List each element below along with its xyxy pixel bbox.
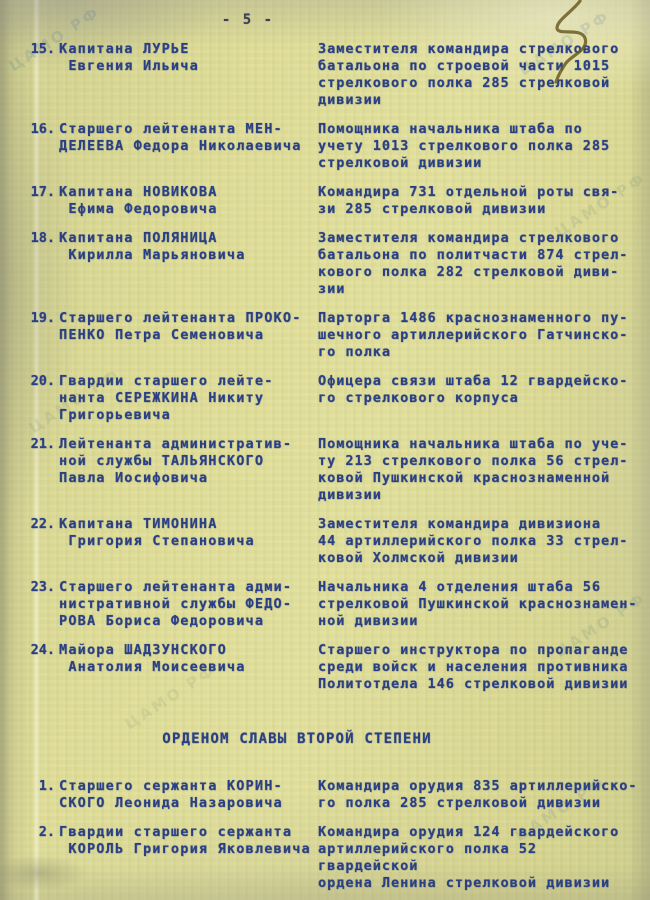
- entry-recipient-name: Старшего лейтенанта МЕН- ДЕЛЕЕВА Федора …: [55, 121, 318, 155]
- entry-position: Заместителя командира дивизиона 44 артил…: [318, 516, 644, 567]
- entry-number: 2.: [30, 824, 55, 841]
- entry-position: Командира орудия 835 артиллерийско- го п…: [318, 778, 644, 812]
- entry-recipient-name: Старшего сержанта КОРИН- СКОГО Леонида Н…: [55, 778, 318, 812]
- entry-number: 19.: [30, 310, 55, 327]
- entry-number: 15.: [30, 41, 55, 58]
- entry-number: 23.: [30, 579, 55, 596]
- award-entry: 19. Старшего лейтенанта ПРОКО- ПЕНКО Пет…: [30, 310, 644, 361]
- award-list-order-of-glory-2nd-class: 1. Старшего сержанта КОРИН- СКОГО Леонид…: [30, 778, 644, 892]
- entry-recipient-name: Старшего лейтенанта адми- нистративной с…: [55, 579, 318, 630]
- entry-position: Командира 731 отдельной роты свя- зи 285…: [318, 184, 644, 218]
- award-entry: 20. Гвардии старшего лейте- нанта СЕРЕЖК…: [30, 373, 644, 424]
- entry-number: 21.: [30, 436, 55, 453]
- entry-number: 1.: [30, 778, 55, 795]
- entry-recipient-name: Гвардии старшего сержанта КОРОЛЬ Григори…: [55, 824, 318, 858]
- award-entry: 23. Старшего лейтенанта адми- нистративн…: [30, 579, 644, 630]
- entry-recipient-name: Капитана ПОЛЯНИЦА Кирилла Марьяновича: [55, 230, 318, 264]
- award-entry: 2. Гвардии старшего сержанта КОРОЛЬ Григ…: [30, 824, 644, 892]
- award-entry: 1. Старшего сержанта КОРИН- СКОГО Леонид…: [30, 778, 644, 812]
- entry-position: Начальника 4 отделения штаба 56 стрелков…: [318, 579, 644, 630]
- entry-position: Офицера связи штаба 12 гвардейско- го ст…: [318, 373, 644, 407]
- award-entry: 17. Капитана НОВИКОВА Ефима Федоровича К…: [30, 184, 644, 218]
- document-body: - 5 - 15. Капитана ЛУРЬЕ Евгения Ильича …: [0, 0, 650, 892]
- entry-recipient-name: Капитана НОВИКОВА Ефима Федоровича: [55, 184, 318, 218]
- section-title: ОРДЕНОМ СЛАВЫ ВТОРОЙ СТЕПЕНИ: [30, 731, 564, 748]
- entry-number: 24.: [30, 642, 55, 659]
- entry-recipient-name: Гвардии старшего лейте- нанта СЕРЕЖКИНА …: [55, 373, 318, 424]
- page-number: - 5 -: [30, 12, 466, 29]
- award-list-continued: 15. Капитана ЛУРЬЕ Евгения Ильича Замест…: [30, 41, 644, 693]
- entry-recipient-name: Лейтенанта административ- ной службы ТАЛ…: [55, 436, 318, 487]
- entry-number: 18.: [30, 230, 55, 247]
- entry-position: Старшего инструктора по пропаганде среди…: [318, 642, 644, 693]
- entry-position: Командира орудия 124 гвардейского артилл…: [318, 824, 644, 892]
- entry-position: Заместителя командира стрелкового баталь…: [318, 230, 644, 298]
- entry-recipient-name: Старшего лейтенанта ПРОКО- ПЕНКО Петра С…: [55, 310, 318, 344]
- entry-number: 22.: [30, 516, 55, 533]
- entry-position: Помощника начальника штаба по уче- ту 21…: [318, 436, 644, 504]
- award-entry: 22. Капитана ТИМОНИНА Григория Степанови…: [30, 516, 644, 567]
- entry-number: 16.: [30, 121, 55, 138]
- award-entry: 21. Лейтенанта административ- ной службы…: [30, 436, 644, 504]
- entry-recipient-name: Капитана ЛУРЬЕ Евгения Ильича: [55, 41, 318, 75]
- award-entry: 24. Майора ШАДЗУНСКОГО Анатолия Моисееви…: [30, 642, 644, 693]
- document-page: ЦАМО РФ ЦАМО РФ ЦАМО РФ ЦАМО РФ ЦАМО РФ …: [0, 0, 650, 900]
- award-entry: 18. Капитана ПОЛЯНИЦА Кирилла Марьянович…: [30, 230, 644, 298]
- entry-position: Помощника начальника штаба по учету 1013…: [318, 121, 644, 172]
- entry-position: Заместителя командира стрелкового баталь…: [318, 41, 644, 109]
- entry-recipient-name: Майора ШАДЗУНСКОГО Анатолия Моисеевича: [55, 642, 318, 676]
- entry-recipient-name: Капитана ТИМОНИНА Григория Степановича: [55, 516, 318, 550]
- entry-position: Парторга 1486 краснознаменного пу- шечно…: [318, 310, 644, 361]
- award-entry: 16. Старшего лейтенанта МЕН- ДЕЛЕЕВА Фед…: [30, 121, 644, 172]
- award-entry: 15. Капитана ЛУРЬЕ Евгения Ильича Замест…: [30, 41, 644, 109]
- entry-number: 17.: [30, 184, 55, 201]
- entry-number: 20.: [30, 373, 55, 390]
